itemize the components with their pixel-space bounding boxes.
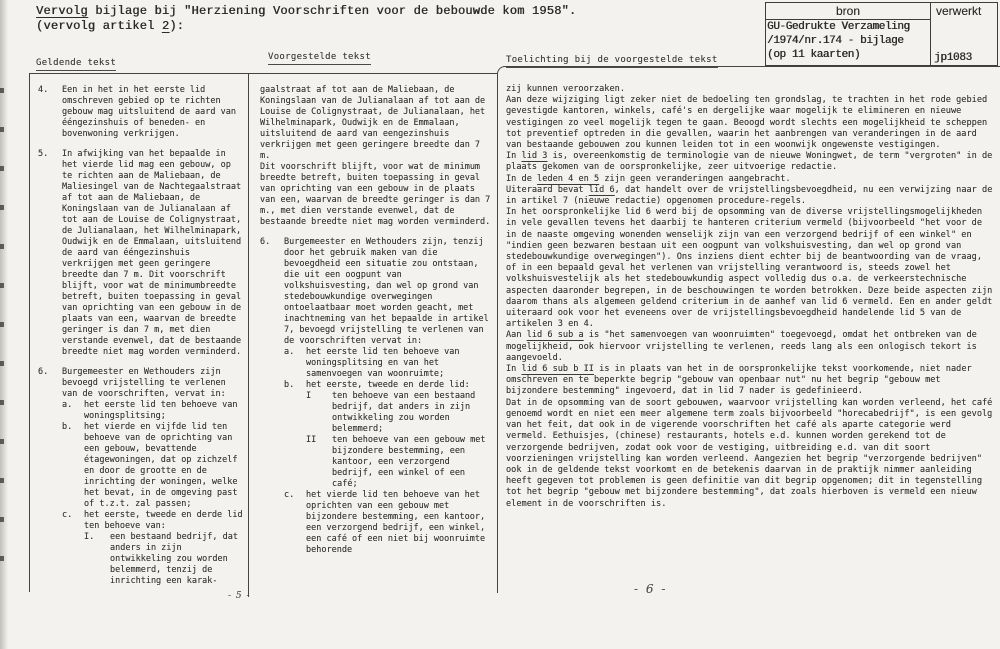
list-item-6b: b. het eerste, tweede en derde lid: [284, 380, 491, 391]
item-text: het eerste lid ten behoeve van woningspl… [84, 400, 244, 422]
list-item-6c: c. het vierde lid ten behoeve van het op… [284, 490, 491, 556]
list-item-6c: c. het eerste, tweede en derde lid ten b… [62, 510, 244, 532]
run: In [506, 364, 522, 374]
item-text: het vierde lid ten behoeve van het opric… [306, 490, 491, 556]
item-text: een bestaand bedrijf, dat anders in zijn… [110, 532, 244, 587]
source-box-bron-cell: bron GU-Gedrukte Verzameling /1974/nr.17… [766, 3, 931, 65]
paragraph: Aan deze wijziging ligt zeker niet de be… [506, 95, 993, 151]
continuation-paragraph: gaalstraat af tot aan de Maliebaan, de K… [260, 85, 491, 228]
item-letter: b. [284, 380, 306, 391]
paragraph-lid-6-sub-a: Aan lid 6 sub a is "het samenvoegen van … [506, 330, 993, 364]
item-roman-numeral: I [306, 391, 332, 402]
item-letter: a. [62, 400, 84, 411]
column-header-voorgestelde-tekst: Voorgestelde tekst [268, 52, 371, 65]
run: is, overeenkomstig de terminologie van d… [506, 151, 992, 172]
item-text: In afwijking van het bepaalde in het vie… [62, 149, 244, 358]
bron-column-header: bron [766, 3, 930, 20]
item-letter: c. [62, 510, 84, 521]
run: In de [506, 174, 537, 184]
underlined-term: leden 4 en 5 [537, 174, 599, 184]
paragraph: Dat in de opsomming van de soort gebouwe… [506, 398, 993, 510]
underlined-term: lid 6 sub b II [522, 364, 594, 374]
column-header-geldende-tekst: Geldende tekst [36, 58, 116, 71]
item-text: het vierde en vijfde lid ten behoeve van… [84, 422, 244, 510]
list-item-6b-I: I ten behoeve van een bestaand bedrijf, … [306, 391, 491, 435]
page-number-left: - 5 - [228, 591, 251, 601]
page-number-right: - 6 - [634, 582, 667, 596]
run: zijn geen veranderingen aangebracht. [599, 174, 790, 184]
paragraph-lid-6: Uiteraard bevat lid 6, dat handelt over … [506, 185, 993, 207]
item-text: het eerste, tweede en derde lid: [306, 380, 491, 391]
list-item-6b-II: II ten behoeve van een gebouw met bijzon… [306, 435, 491, 490]
item-number: 6. [260, 237, 284, 248]
bron-value: GU-Gedrukte Verzameling /1974/nr.174 - b… [766, 20, 930, 62]
item-text: Burgemeester en Wethouders zijn, tenzij … [284, 237, 491, 347]
item-letter: a. [284, 347, 306, 358]
column-geldende-tekst: 4. Een in het in het eerste lid omschrev… [38, 85, 244, 587]
document-title: Vervolg bijlage bij "Herziening Voorschr… [36, 4, 576, 34]
list-item-4: 4. Een in het in het eerste lid omschrev… [38, 85, 244, 140]
scanner-edge-marks [0, 88, 4, 593]
item-letter: b. [62, 422, 84, 433]
subtitle-suffix: ): [169, 19, 184, 33]
document-title-line1: Vervolg bijlage bij "Herziening Voorschr… [36, 4, 576, 19]
item-text: het eerste, tweede en derde lid ten beho… [84, 510, 244, 532]
paragraph: zij kunnen veroorzaken. [506, 84, 993, 95]
paragraph-lid-6-sub-b-II: In lid 6 sub b II is in plaats van het i… [506, 364, 993, 398]
underlined-term: lid 6 [589, 185, 615, 195]
item-number: 4. [38, 85, 62, 96]
item-text: Een in het in het eerste lid omschreven … [62, 85, 244, 140]
paragraph-leden-4-5: In de leden 4 en 5 zijn geen verandering… [506, 174, 993, 185]
title-rest: bijlage bij "Herziening Voorschriften vo… [88, 4, 576, 18]
column-divider [248, 73, 249, 597]
title-word-vervolg: Vervolg [36, 4, 88, 18]
paragraph-lid-3: In lid 3 is, overeenkomstig de terminolo… [506, 151, 993, 173]
item-text: het eerste lid ten behoeve van woningspl… [306, 347, 491, 380]
underlined-term: lid 3 [522, 151, 548, 161]
document-title-line2: (vervolg artikel 2): [36, 19, 576, 34]
list-item-6a: a. het eerste lid ten behoeve van woning… [62, 400, 244, 422]
column-voorgestelde-tekst: gaalstraat af tot aan de Maliebaan, de K… [260, 85, 491, 556]
source-box: bron GU-Gedrukte Verzameling /1974/nr.17… [765, 2, 998, 66]
item-roman-numeral: II [306, 435, 332, 446]
scanned-document-page: Vervolg bijlage bij "Herziening Voorschr… [0, 0, 1000, 649]
item-letter: c. [284, 490, 306, 501]
run: Aan [506, 330, 527, 340]
item-roman-numeral: I. [84, 532, 110, 543]
item-text: Burgemeester en Wethouders zijn bevoegd … [62, 367, 244, 400]
list-item-6: 6. Burgemeester en Wethouders zijn, tenz… [260, 237, 491, 347]
verwerkt-value: jp1083 [934, 52, 972, 64]
underlined-term: lid 6 sub a [527, 330, 584, 340]
list-item-6c-I: I. een bestaand bedrijf, dat anders in z… [84, 532, 244, 587]
table-left-border [29, 73, 30, 592]
item-number: 5. [38, 149, 62, 160]
source-box-verwerkt-cell: verwerkt jp1083 [931, 3, 997, 65]
item-text: ten behoeve van een bestaand bedrijf, da… [332, 391, 491, 435]
table-top-border [29, 73, 497, 74]
list-item-6a: a. het eerste lid ten behoeve van woning… [284, 347, 491, 380]
column-toelichting: zij kunnen veroorzaken. Aan deze wijzigi… [506, 84, 993, 510]
item-text: ten behoeve van een gebouw met bijzonder… [332, 435, 491, 490]
list-item-6: 6. Burgemeester en Wethouders zijn bevoe… [38, 367, 244, 400]
run: In [506, 151, 522, 161]
item-number: 6. [38, 367, 62, 378]
verwerkt-column-header: verwerkt [931, 3, 997, 19]
list-item-5: 5. In afwijking van het bepaalde in het … [38, 149, 244, 358]
list-item-6b: b. het vierde en vijfde lid ten behoeve … [62, 422, 244, 510]
paragraph: In het oorspronkelijke lid 6 werd bij de… [506, 207, 993, 330]
subtitle-prefix: (vervolg artikel [36, 19, 162, 33]
run: Uiteraard bevat [506, 185, 589, 195]
